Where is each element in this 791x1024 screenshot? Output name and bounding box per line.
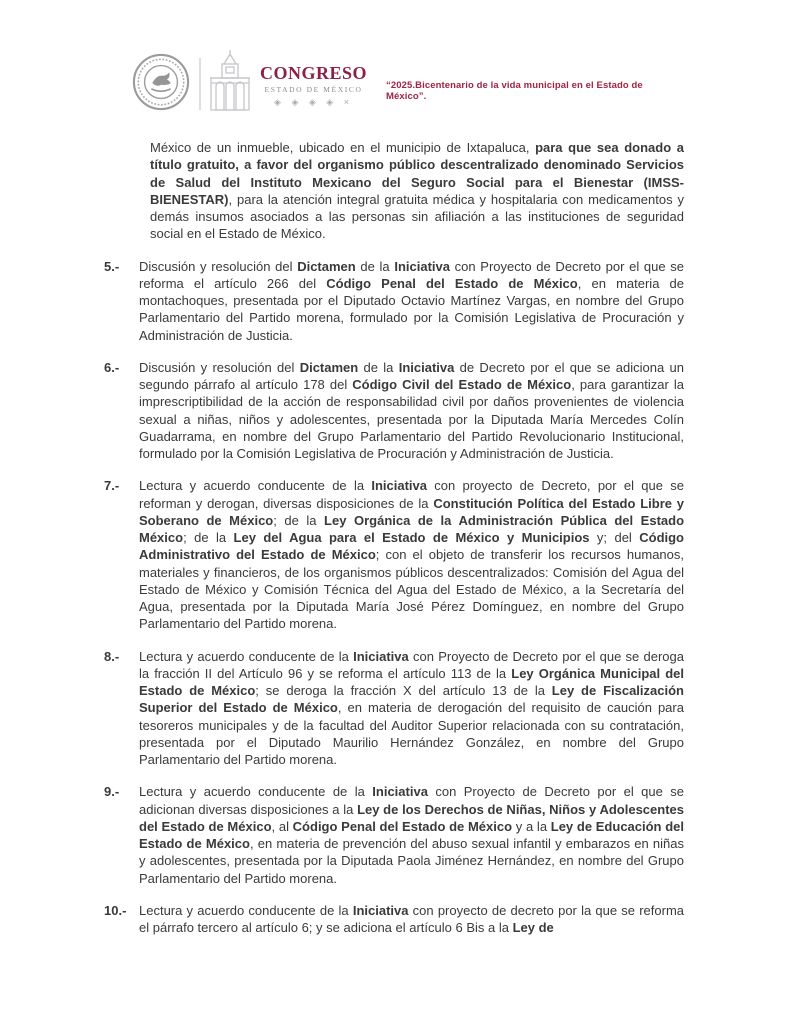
item-number: 5.- — [104, 258, 119, 275]
state-seal-icon — [132, 53, 190, 111]
item-text: Lectura y acuerdo conducente de la Inici… — [139, 648, 684, 769]
item-text: Lectura y acuerdo conducente de la Inici… — [139, 477, 684, 632]
item-number: 10.- — [104, 902, 126, 919]
header-motto: “2025.Bicentenario de la vida municipal … — [386, 80, 666, 102]
item-text: Discusión y resolución del Dictamen de l… — [139, 359, 684, 463]
page-header: CONGRESO ESTADO DE MÉXICO ◈ ◈ ◈ ◈ × “202… — [0, 0, 791, 125]
document-body: México de un inmueble, ubicado en el mun… — [104, 139, 684, 936]
item-number: 7.- — [104, 477, 119, 494]
item-text: Lectura y acuerdo conducente de la Inici… — [139, 902, 684, 937]
agenda-list: 5.- Discusión y resolución del Dictamen … — [104, 258, 684, 937]
logo-subtitle: ESTADO DE MÉXICO — [260, 85, 367, 94]
item-number: 6.- — [104, 359, 119, 376]
item-number: 9.- — [104, 783, 119, 800]
header-divider — [199, 58, 201, 110]
item-text: Discusión y resolución del Dictamen de l… — [139, 258, 684, 344]
logo-title: CONGRESO — [260, 63, 367, 83]
agenda-item: 10.- Lectura y acuerdo conducente de la … — [104, 902, 684, 937]
agenda-item: 7.- Lectura y acuerdo conducente de la I… — [104, 477, 684, 632]
item-number: 8.- — [104, 648, 119, 665]
logo-ornaments-icon: ◈ ◈ ◈ ◈ × — [260, 97, 367, 108]
agenda-item: 5.- Discusión y resolución del Dictamen … — [104, 258, 684, 344]
agenda-item: 9.- Lectura y acuerdo conducente de la I… — [104, 783, 684, 887]
intro-paragraph: México de un inmueble, ubicado en el mun… — [150, 139, 684, 243]
item-text: Lectura y acuerdo conducente de la Inici… — [139, 783, 684, 887]
congress-building-icon — [207, 50, 253, 114]
agenda-item: 8.- Lectura y acuerdo conducente de la I… — [104, 648, 684, 769]
agenda-item: 6.- Discusión y resolución del Dictamen … — [104, 359, 684, 463]
congress-logo: CONGRESO ESTADO DE MÉXICO ◈ ◈ ◈ ◈ × — [260, 63, 367, 108]
